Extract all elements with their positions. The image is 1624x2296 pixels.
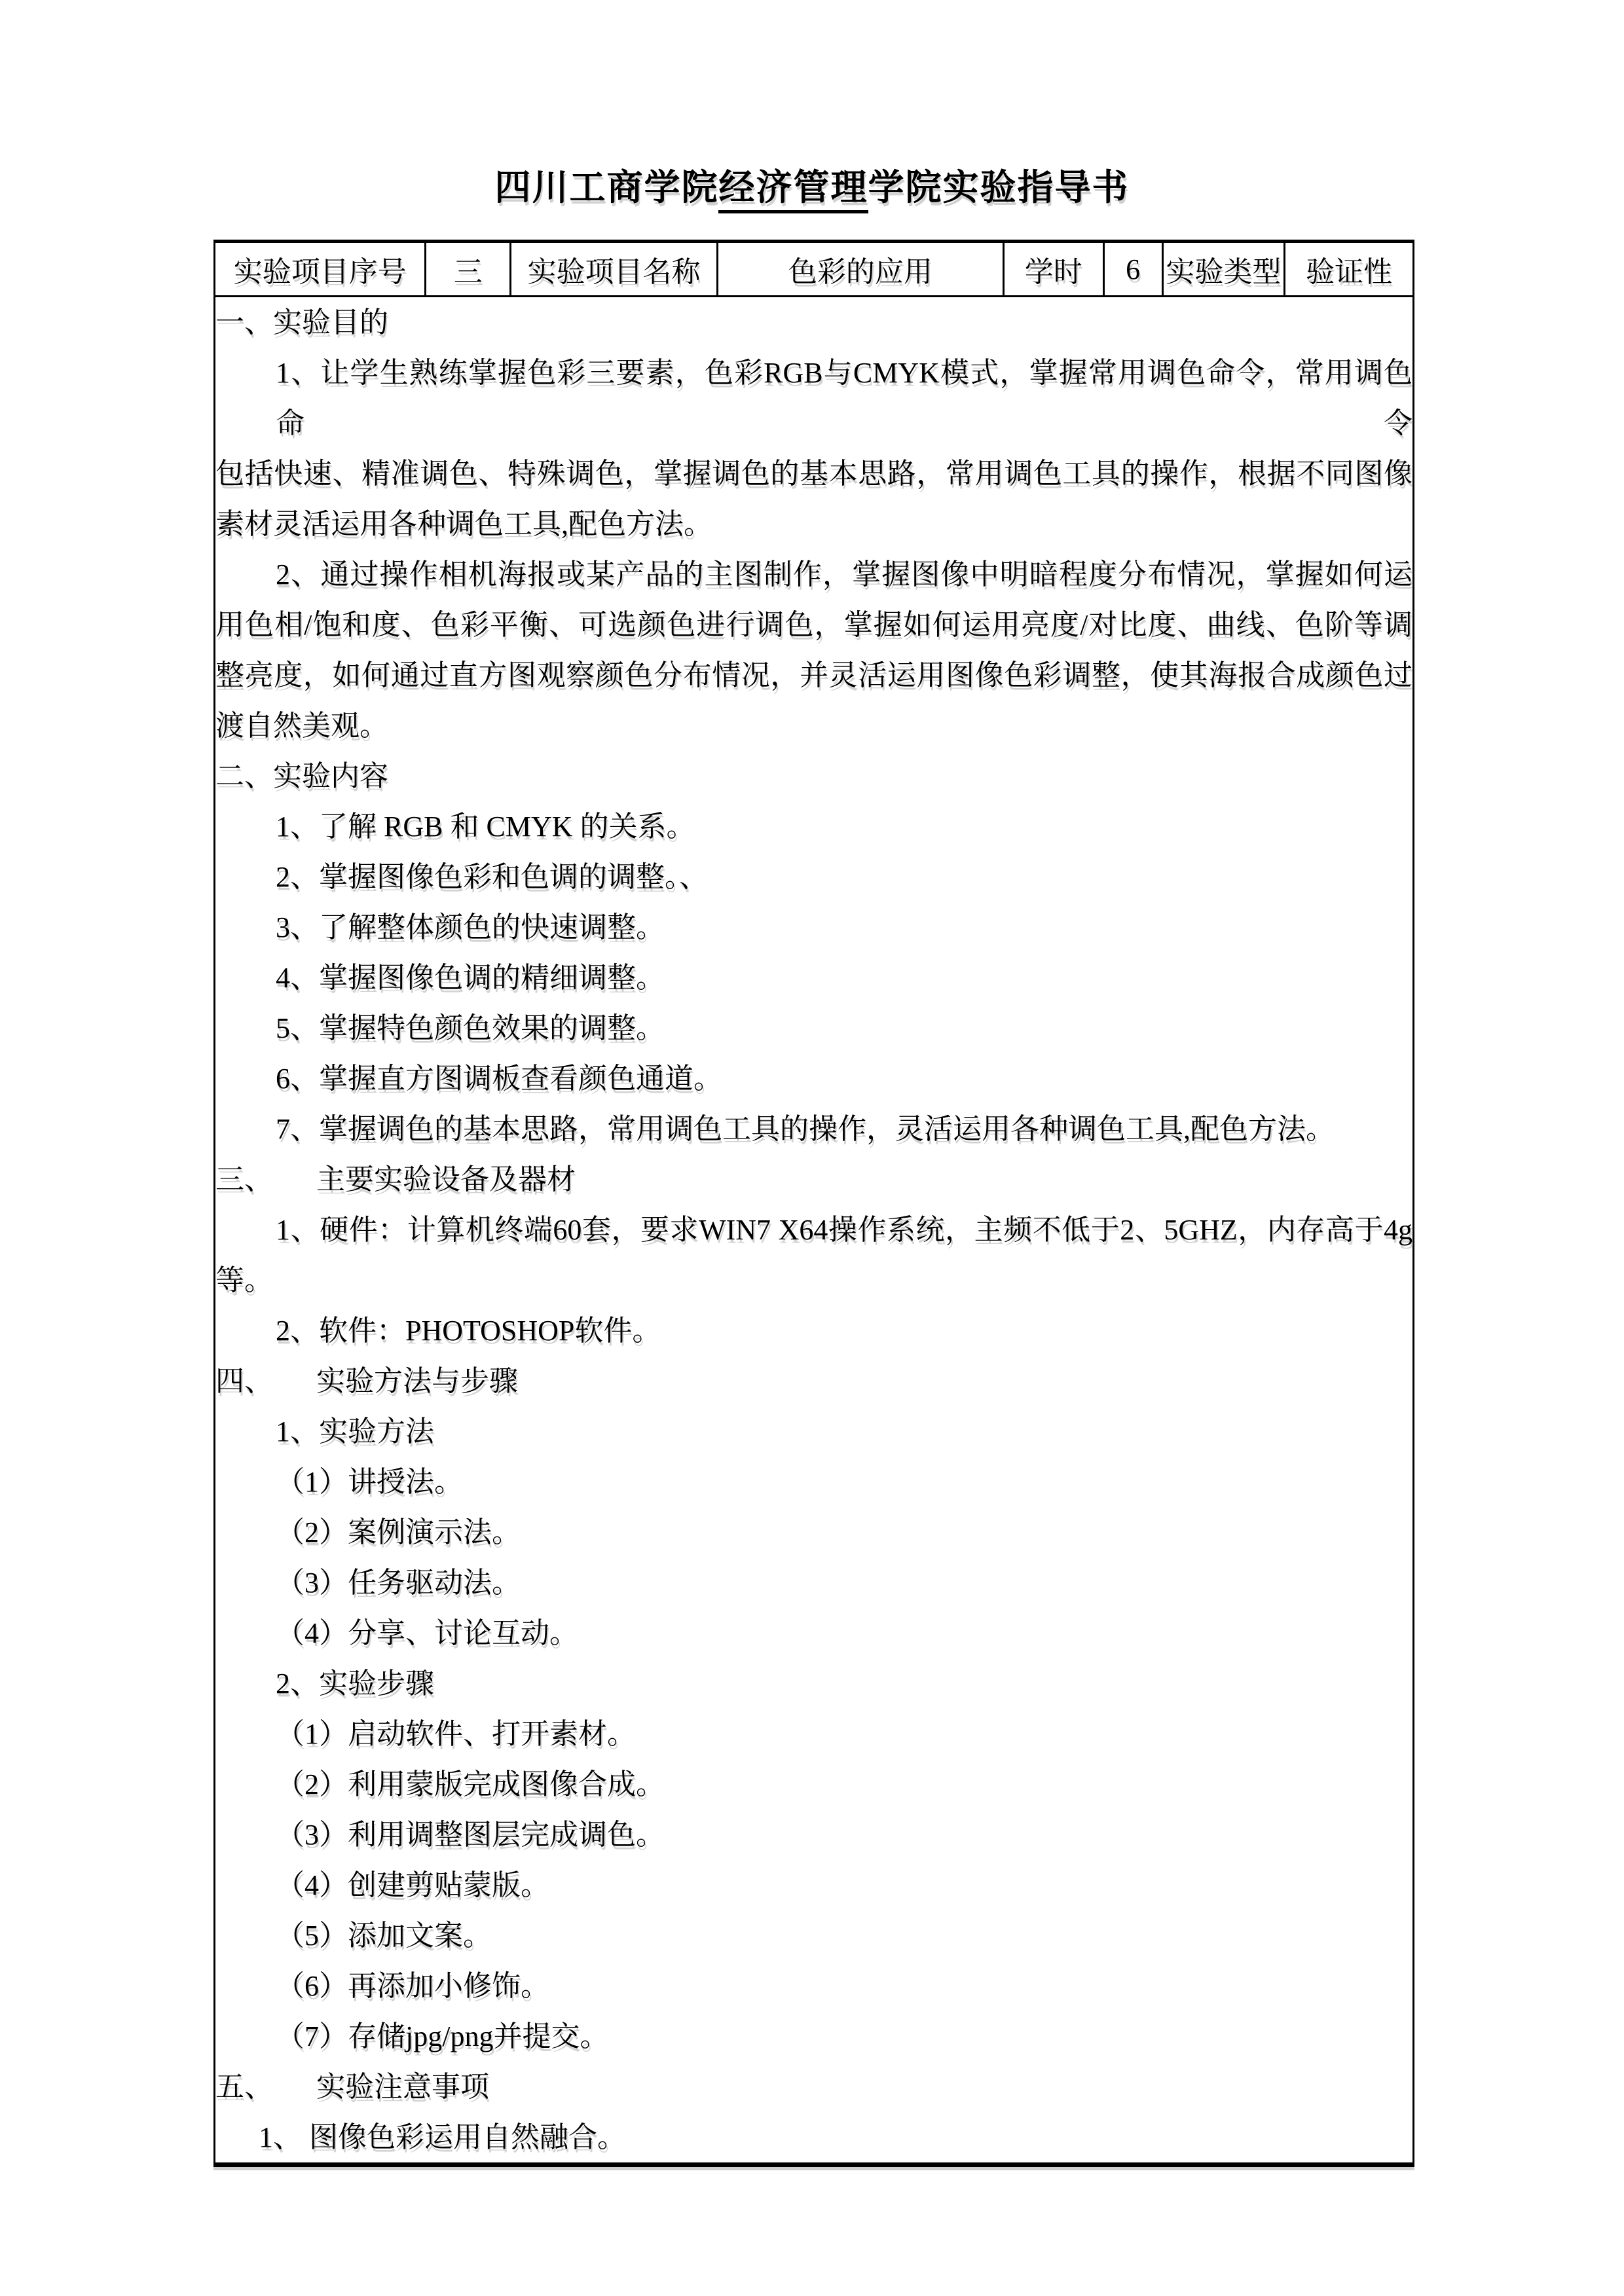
- body-line: 素材灵活运用各种调色工具,配色方法。: [215, 499, 1412, 549]
- body-line: （3）利用调整图层完成调色。: [276, 1810, 1412, 1860]
- body-line: 1、实验方法: [276, 1406, 1412, 1457]
- body-line: 2、通过操作相机海报或某产品的主图制作，掌握图像中明暗程度分布情况，掌握如何运: [276, 549, 1412, 600]
- body-line: 1、了解 RGB 和 CMYK 的关系。: [276, 801, 1412, 852]
- body-line: （7）存储jpg/png并提交。: [276, 2011, 1412, 2062]
- document-page: 四川工商学院经济管理学院实验指导书 实验项目序号 三 实验项目名称 色彩的应用 …: [0, 0, 1624, 2296]
- header-cell-project-seq-value: 三: [426, 242, 511, 297]
- table-body-cell: 一、实验目的 1、让学生熟练掌握色彩三要素，色彩RGB与CMYK模式，掌握常用调…: [215, 297, 1414, 2165]
- title-prefix: 四川工商学院: [494, 168, 718, 208]
- body-line: 三、 主要实验设备及器材: [215, 1154, 1412, 1205]
- body-line: （4）分享、讨论互动。: [276, 1608, 1412, 1658]
- body-line: 等。: [215, 1255, 1412, 1305]
- table-header-row: 实验项目序号 三 实验项目名称 色彩的应用 学时 6 实验类型 验证性: [215, 242, 1414, 297]
- body-line: 2、软件：PHOTOSHOP软件。: [276, 1305, 1412, 1356]
- body-line: 6、掌握直方图调板查看颜色通道。: [276, 1053, 1412, 1104]
- body-line: 1、硬件：计算机终端60套，要求WIN7 X64操作系统，主频不低于2、5GHZ…: [276, 1205, 1412, 1255]
- header-cell-project-seq-label: 实验项目序号: [215, 242, 426, 297]
- body-line: 1、 图像色彩运用自然融合。: [259, 2112, 1412, 2162]
- body-line: 一、实验目的: [215, 297, 1412, 348]
- title-suffix: 学院实验指导书: [868, 168, 1130, 208]
- body-line: （2）案例演示法。: [276, 1507, 1412, 1558]
- body-line: （1）讲授法。: [276, 1457, 1412, 1507]
- page-title: 四川工商学院经济管理学院实验指导书: [0, 158, 1624, 210]
- body-line: （3）任务驱动法。: [276, 1558, 1412, 1608]
- body-line: 二、实验内容: [215, 751, 1412, 801]
- table-body-row: 一、实验目的 1、让学生熟练掌握色彩三要素，色彩RGB与CMYK模式，掌握常用调…: [215, 297, 1414, 2165]
- body-line: （1）启动软件、打开素材。: [276, 1709, 1412, 1759]
- body-line: 3、了解整体颜色的快速调整。: [276, 902, 1412, 953]
- body-line: 渡自然美观。: [215, 701, 1412, 751]
- body-line: 2、掌握图像色彩和色调的调整。、: [276, 852, 1412, 902]
- body-line: 4、掌握图像色调的精细调整。: [276, 953, 1412, 1003]
- body-line: （2）利用蒙版完成图像合成。: [276, 1759, 1412, 1810]
- experiment-info-table: 实验项目序号 三 实验项目名称 色彩的应用 学时 6 实验类型 验证性 一、实验…: [213, 240, 1414, 2167]
- header-cell-project-name-label: 实验项目名称: [511, 242, 717, 297]
- body-line: 2、实验步骤: [276, 1658, 1412, 1709]
- header-cell-project-name-value: 色彩的应用: [717, 242, 1003, 297]
- header-cell-type-value: 验证性: [1285, 242, 1414, 297]
- body-line: 五、 实验注意事项: [215, 2062, 1412, 2112]
- header-cell-hours-value: 6: [1103, 242, 1162, 297]
- header-cell-hours-label: 学时: [1003, 242, 1103, 297]
- title-underlined-text: 经济管理: [718, 168, 868, 213]
- body-line: （4）创建剪贴蒙版。: [276, 1860, 1412, 1910]
- header-cell-type-label: 实验类型: [1162, 242, 1285, 297]
- body-line: 用色相/饱和度、色彩平衡、可选颜色进行调色，掌握如何运用亮度/对比度、曲线、色阶…: [215, 600, 1412, 650]
- body-line: 四、 实验方法与步骤: [215, 1356, 1412, 1406]
- body-line: （6）再添加小修饰。: [276, 1961, 1412, 2011]
- body-line: 整亮度，如何通过直方图观察颜色分布情况，并灵活运用图像色彩调整，使其海报合成颜色…: [215, 650, 1412, 701]
- body-line: （5）添加文案。: [276, 1910, 1412, 1961]
- body-line: 7、掌握调色的基本思路，常用调色工具的操作，灵活运用各种调色工具,配色方法。: [276, 1104, 1412, 1154]
- body-line: 包括快速、精准调色、特殊调色，掌握调色的基本思路，常用调色工具的操作，根据不同图…: [215, 448, 1412, 499]
- body-line: 1、让学生熟练掌握色彩三要素，色彩RGB与CMYK模式，掌握常用调色命令，常用调…: [276, 348, 1412, 448]
- body-line: 5、掌握特色颜色效果的调整。: [276, 1003, 1412, 1053]
